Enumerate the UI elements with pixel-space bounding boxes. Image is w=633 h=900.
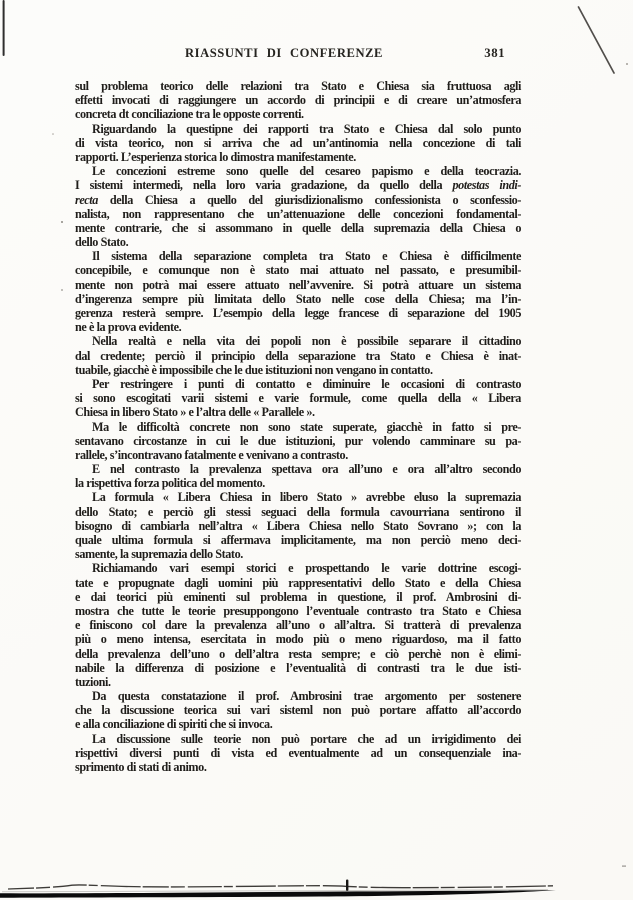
paragraph: Riguardando la questipne dei rapporti tr…	[75, 122, 521, 165]
text-line: dello Stato.	[75, 235, 521, 249]
text-line: effetti invocati di raggiungere un accor…	[75, 93, 521, 107]
text-line: rispettivi diversi punti di vista ed eve…	[75, 746, 521, 760]
text-line: sentavano circostanze in cui le due isti…	[75, 434, 521, 448]
dust-speck	[52, 133, 54, 135]
page-header: RIASSUNTI DI CONFERENZE 381	[75, 46, 521, 64]
paragraph: E nel contrasto la prevalenza spettava o…	[75, 462, 521, 490]
paragraph: Da questa constatazione il prof. Ambrosi…	[75, 689, 521, 732]
text-line: e alla conciliazione di spiriti che si i…	[75, 717, 521, 731]
scanned-page: { "page": { "header": { "title": "RIASSU…	[0, 0, 633, 900]
text-line: Chiesa in libero Stato » e l’altra delle…	[75, 405, 521, 419]
dust-speck	[626, 63, 628, 65]
paragraph: Le concezioni estreme sono quelle del ce…	[75, 164, 521, 249]
text-line: e dai teorici più eminenti sul problema …	[75, 590, 521, 604]
paragraph: Per restringere i punti di contatto e di…	[75, 377, 521, 420]
text-line: mente contrarie, che si assommano in que…	[75, 221, 521, 235]
text-line: dal credente; perciò il principio della …	[75, 349, 521, 363]
text-line: tuzioni.	[75, 675, 521, 689]
text-line: bisogno di cambiarla nell’altra « Libera…	[75, 519, 521, 533]
page-number: 381	[484, 46, 505, 61]
bottom-scan-edge-band	[0, 890, 556, 898]
text-line: d’ingerenza sempre più limitata dello St…	[75, 292, 521, 306]
text-line: sprimento di stati di animo.	[75, 760, 521, 774]
text-line: Riguardando la questipne dei rapporti tr…	[75, 122, 521, 136]
text-line: più o meno intensa, esercitata in modo p…	[75, 632, 521, 646]
bottom-thin-scan-line	[8, 885, 553, 889]
text-line: si sono escogitati varii sistemi e varie…	[75, 391, 521, 405]
dust-speck	[61, 289, 63, 291]
text-line: e finiscono col dare la prevalenza all’u…	[75, 618, 521, 632]
text-line: concreta dt conciliazione tra le opposte…	[75, 107, 521, 121]
text-line: mostra che tutte le teorie presuppongono…	[75, 604, 521, 618]
text-line: ne è la prova evidente.	[75, 320, 521, 334]
text-line: sul problema teorico delle relazioni tra…	[75, 79, 521, 93]
paragraph: La formula « Libera Chiesa in libero Sta…	[75, 490, 521, 561]
text-line: La discussione sulle teorie non può port…	[75, 732, 521, 746]
text-line: Il sistema della separazione completa tr…	[75, 249, 521, 263]
left-edge-scan-mark	[3, 0, 5, 56]
scratch-line-top-right	[579, 7, 615, 73]
text-line: rapporti. L’esperienza storica lo dimost…	[75, 150, 521, 164]
text-line: tuabile, giacchè è impossibile che le du…	[75, 363, 521, 377]
text-line: quale ultima formula si affermava implic…	[75, 533, 521, 547]
text-line: Le concezioni estreme sono quelle del ce…	[75, 164, 521, 178]
page-body: sul problema teorico delle relazioni tra…	[75, 79, 521, 774]
text-line: della prevalenza dell’uno o dell’altra r…	[75, 647, 521, 661]
paragraph: Ma le difficoltà concrete non sono state…	[75, 420, 521, 463]
paragraph: La discussione sulle teorie non può port…	[75, 732, 521, 775]
dust-speck	[622, 866, 626, 867]
paragraph: Nella realtà e nella vita dei popoli non…	[75, 334, 521, 377]
paragraph: Richiamando vari esempi storici e prospe…	[75, 561, 521, 689]
text-line: di vista teorico, non si arriva che ad u…	[75, 136, 521, 150]
text-line: recta della Chiesa a quello del giurisdi…	[75, 193, 521, 207]
text-line: concepibile, e comunque non è stato mai …	[75, 263, 521, 277]
text-line: nabile la differenza di posizione e l’ev…	[75, 661, 521, 675]
text-line: dello Stato; e perciò gli stessi seguaci…	[75, 505, 521, 519]
text-line: samente, la supremazia dello Stato.	[75, 547, 521, 561]
bottom-line-tick	[346, 880, 348, 892]
text-line: I sistemi intermedi, nella loro varia gr…	[75, 178, 521, 192]
bottom-band-fringe	[2, 890, 548, 892]
text-line: Da questa constatazione il prof. Ambrosi…	[75, 689, 521, 703]
text-line: gerenza resterà sempre. L’esempio della …	[75, 306, 521, 320]
text-line: Richiamando vari esempi storici e prospe…	[75, 561, 521, 575]
text-line: mente non potrà mai essere attuato nell’…	[75, 278, 521, 292]
dust-speck	[61, 221, 63, 223]
paragraph: Il sistema della separazione completa tr…	[75, 249, 521, 334]
text-line: Nella realtà e nella vita dei popoli non…	[75, 334, 521, 348]
text-line: rallele, s’incontravano fatalmente e ven…	[75, 448, 521, 462]
text-line: che la discussione teorica sui vari sist…	[75, 703, 521, 717]
running-head-title: RIASSUNTI DI CONFERENZE	[185, 46, 383, 61]
text-line: Ma le difficoltà concrete non sono state…	[75, 420, 521, 434]
paragraph: sul problema teorico delle relazioni tra…	[75, 79, 521, 122]
text-line: tate e propugnate dagli uomini più rappr…	[75, 576, 521, 590]
text-line: E nel contrasto la prevalenza spettava o…	[75, 462, 521, 476]
text-line: nalista, non rappresentano che un’attenu…	[75, 207, 521, 221]
text-line: Per restringere i punti di contatto e di…	[75, 377, 521, 391]
text-line: La formula « Libera Chiesa in libero Sta…	[75, 490, 521, 504]
text-line: la rispettiva forza politica del momento…	[75, 476, 521, 490]
